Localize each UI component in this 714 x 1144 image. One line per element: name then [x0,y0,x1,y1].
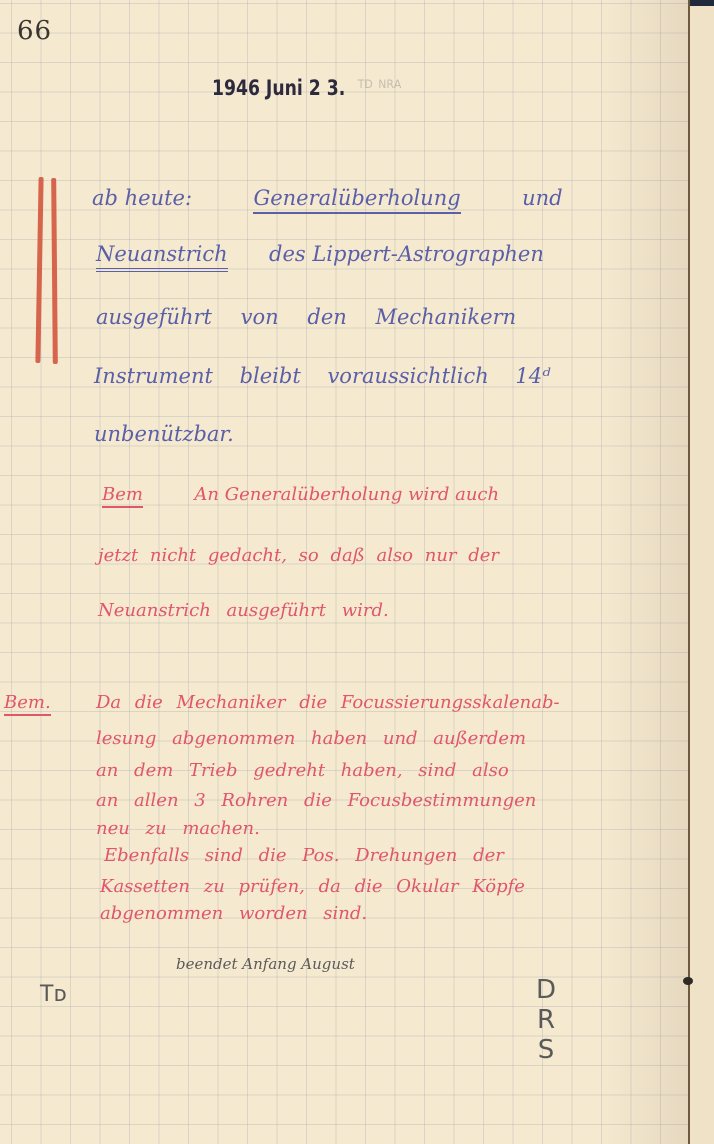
blue-line-5: unbenützbar. [94,422,234,446]
red-note-2-line-5: neu zu machen. [96,818,260,839]
blue-line-2: Neuanstrich des Lippert-Astrographen [96,242,544,266]
initial-d: D [536,975,556,1005]
red-note-2-line-7: Kassetten zu prüfen, da die Okular Köpfe [100,876,525,897]
blue-line-4: Instrument bleibt voraussichtlich 14ᵈ [94,364,551,388]
blue-line-3: ausgeführt von den Mechanikern [96,305,516,329]
blue-line-2-suffix: des Lippert-Astrographen [269,242,544,266]
red-note-1-line-1: Bem An Generalüberholung wird auch [102,484,499,505]
red-note-2-line-3: an dem Trieb gedreht haben, sind also [96,760,509,781]
pencil-mark-td: Tᴅ [40,982,67,1007]
red-note-2-line-6: Ebenfalls sind die Pos. Drehungen der [104,845,504,866]
red-note-2-line-2: lesung abgenommen haben und außerdem [96,728,526,749]
date-stamp: 1946 Juni 2 3. ᵀᴰ ᴺᴿᴬ [212,76,401,100]
initials-signature: D R S [536,975,556,1065]
facing-page-edge [690,0,714,1144]
bem-label-2-text: Bem. [4,692,51,716]
bem-label-1: Bem [102,484,143,508]
initial-s: S [536,1035,556,1065]
blue-line-1: ab heute: Generalüberholung und [92,186,563,210]
red-note-2-line-8: abgenommen worden sind. [100,903,367,924]
binding-top [690,0,714,6]
red-note-2-line-1: Da die Mechaniker die Focussierungsskale… [96,692,560,713]
red-note-2-line-4: an allen 3 Rohren die Focusbestimmungen [96,790,536,811]
blue-line-1-suffix: und [522,186,563,210]
initial-r: R [536,1005,556,1035]
page-number: 66 [17,16,52,46]
faint-stamp-text: ᵀᴰ ᴺᴿᴬ [358,76,402,100]
emphasis-generalueberholung: Generalüberholung [253,186,460,214]
bem-label-2: Bem. [4,692,51,713]
date-stamp-text: 1946 Juni 2 3. [212,76,345,100]
red-note-1-line-3: Neuanstrich ausgeführt wird. [98,600,389,621]
page-shading [600,0,688,1144]
red-note-1-line-2: jetzt nicht gedacht, so daß also nur der [98,545,499,566]
blue-line-1-prefix: ab heute: [92,186,192,210]
pencil-note-completed: beendet Anfang August [176,955,355,973]
red-note-1-text-1: An Generalüberholung wird auch [194,484,499,505]
emphasis-neuanstrich: Neuanstrich [96,242,228,272]
binding-stain [683,977,693,985]
